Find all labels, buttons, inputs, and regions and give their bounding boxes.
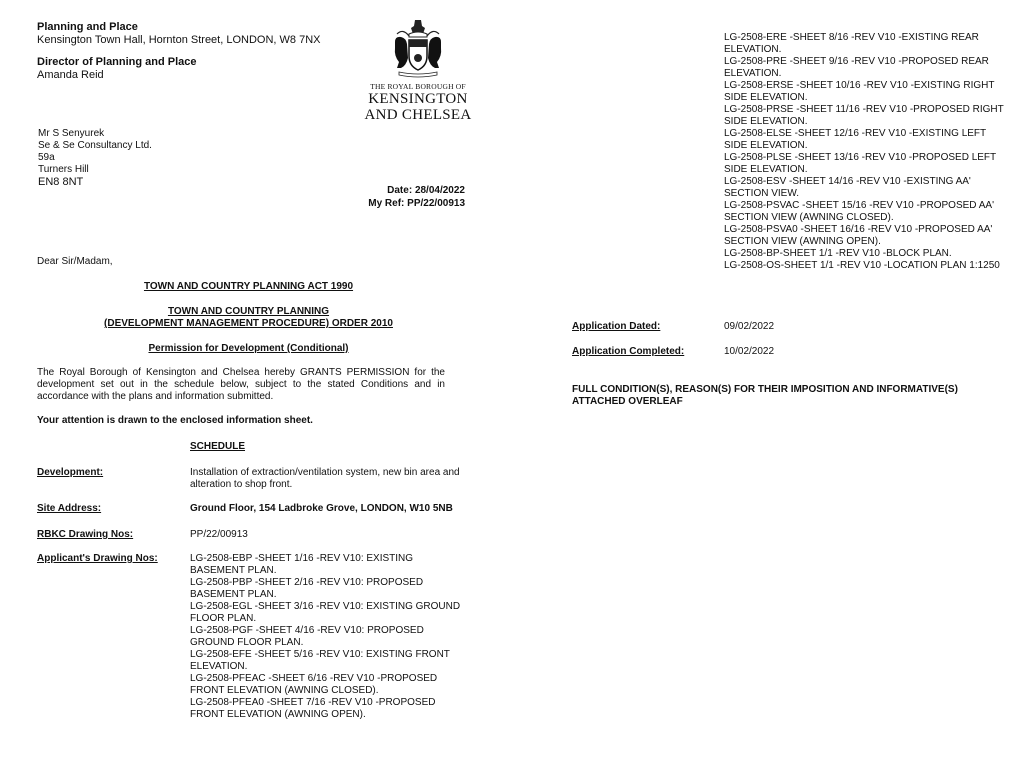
drawing-item: LG-2508-PFEAC -SHEET 6/16 -REV V10 -PROP… [190,673,465,697]
drawing-item: LG-2508-PFEA0 -SHEET 7/16 -REV V10 -PROP… [190,697,465,721]
letter-header: Planning and Place Kensington Town Hall,… [37,21,367,82]
application-dated-value: 09/02/2022 [724,321,774,333]
drawing-item: LG-2508-PRSE -SHEET 11/16 -REV V10 -PROP… [724,104,1004,128]
rbkc-drawing-value: PP/22/00913 [190,529,465,541]
grant-paragraph: The Royal Borough of Kensington and Chel… [37,367,445,403]
application-dated-label: Application Dated: [572,321,660,333]
application-completed-value: 10/02/2022 [724,346,774,358]
coat-of-arms-icon [362,18,474,78]
ref-label: My Ref: [368,198,404,209]
permission-title: Permission for Development (Conditional) [37,343,460,355]
site-address-label: Site Address: [37,503,187,515]
drawing-item: LG-2508-EGL -SHEET 3/16 -REV V10: EXISTI… [190,601,465,625]
drawing-item: LG-2508-ESV -SHEET 14/16 -REV V10 -EXIST… [724,176,1004,200]
addressee-postcode: EN8 8NT [38,176,238,189]
development-label: Development: [37,467,187,479]
salutation: Dear Sir/Madam, [37,256,113,268]
drawing-item: LG-2508-PLSE -SHEET 13/16 -REV V10 -PROP… [724,152,1004,176]
department-title: Planning and Place [37,21,367,34]
addressee-line: Se & Se Consultancy Ltd. [38,140,238,152]
conditions-overleaf-note: FULL CONDITION(S), REASON(S) FOR THEIR I… [572,384,992,408]
drawing-item: LG-2508-PSVA0 -SHEET 16/16 -REV V10 -PRO… [724,224,1004,248]
date-label: Date: [387,185,412,196]
applicant-drawing-label: Applicant's Drawing Nos: [37,553,187,565]
order-title-line-2: (DEVELOPMENT MANAGEMENT PROCEDURE) ORDER… [37,318,460,330]
development-value: Installation of extraction/ventilation s… [190,467,465,491]
ref-value: PP/22/00913 [407,198,465,209]
drawing-item: LG-2508-EBP -SHEET 1/16 -REV V10: EXISTI… [190,553,465,577]
drawing-list-page-1: LG-2508-EBP -SHEET 1/16 -REV V10: EXISTI… [190,553,465,721]
logo-line-3: AND CHELSEA [362,107,474,123]
council-logo: THE ROYAL BOROUGH OF KENSINGTON AND CHEL… [362,18,474,123]
drawing-list-page-2: LG-2508-ERE -SHEET 8/16 -REV V10 -EXISTI… [724,32,1004,272]
drawing-item: LG-2508-PGF -SHEET 4/16 -REV V10: PROPOS… [190,625,465,649]
department-address: Kensington Town Hall, Hornton Street, LO… [37,34,367,47]
drawing-item: LG-2508-PBP -SHEET 2/16 -REV V10: PROPOS… [190,577,465,601]
addressee-line: 59a [38,152,238,164]
rbkc-drawing-label: RBKC Drawing Nos: [37,529,187,541]
director-title: Director of Planning and Place [37,56,367,69]
drawing-item: LG-2508-ELSE -SHEET 12/16 -REV V10 -EXIS… [724,128,1004,152]
drawing-item: LG-2508-PRE -SHEET 9/16 -REV V10 -PROPOS… [724,56,1004,80]
director-name: Amanda Reid [37,69,367,82]
drawing-item: LG-2508-OS-SHEET 1/1 -REV V10 -LOCATION … [724,260,1004,272]
application-completed-label: Application Completed: [572,346,684,358]
drawing-item: LG-2508-ERSE -SHEET 10/16 -REV V10 -EXIS… [724,80,1004,104]
date-value: 28/04/2022 [415,185,465,196]
drawing-item: LG-2508-BP-SHEET 1/1 -REV V10 -BLOCK PLA… [724,248,1004,260]
addressee-block: Mr S Senyurek Se & Se Consultancy Ltd. 5… [38,128,238,189]
addressee-line: Turners Hill [38,164,238,176]
addressee-line: Mr S Senyurek [38,128,238,140]
logo-line-1: THE ROYAL BOROUGH OF [362,82,474,91]
attention-note: Your attention is drawn to the enclosed … [37,415,313,427]
site-address-value: Ground Floor, 154 Ladbroke Grove, LONDON… [190,503,480,515]
schedule-heading: SCHEDULE [190,441,245,453]
drawing-item: LG-2508-ERE -SHEET 8/16 -REV V10 -EXISTI… [724,32,1004,56]
date-reference-block: Date: 28/04/2022 My Ref: PP/22/00913 [300,184,465,210]
drawing-item: LG-2508-EFE -SHEET 5/16 -REV V10: EXISTI… [190,649,465,673]
logo-line-2: KENSINGTON [362,91,474,107]
order-title-line-1: TOWN AND COUNTRY PLANNING [37,306,460,318]
drawing-item: LG-2508-PSVAC -SHEET 15/16 -REV V10 -PRO… [724,200,1004,224]
order-title: TOWN AND COUNTRY PLANNING (DEVELOPMENT M… [37,306,460,330]
act-title: TOWN AND COUNTRY PLANNING ACT 1990 [37,281,460,293]
